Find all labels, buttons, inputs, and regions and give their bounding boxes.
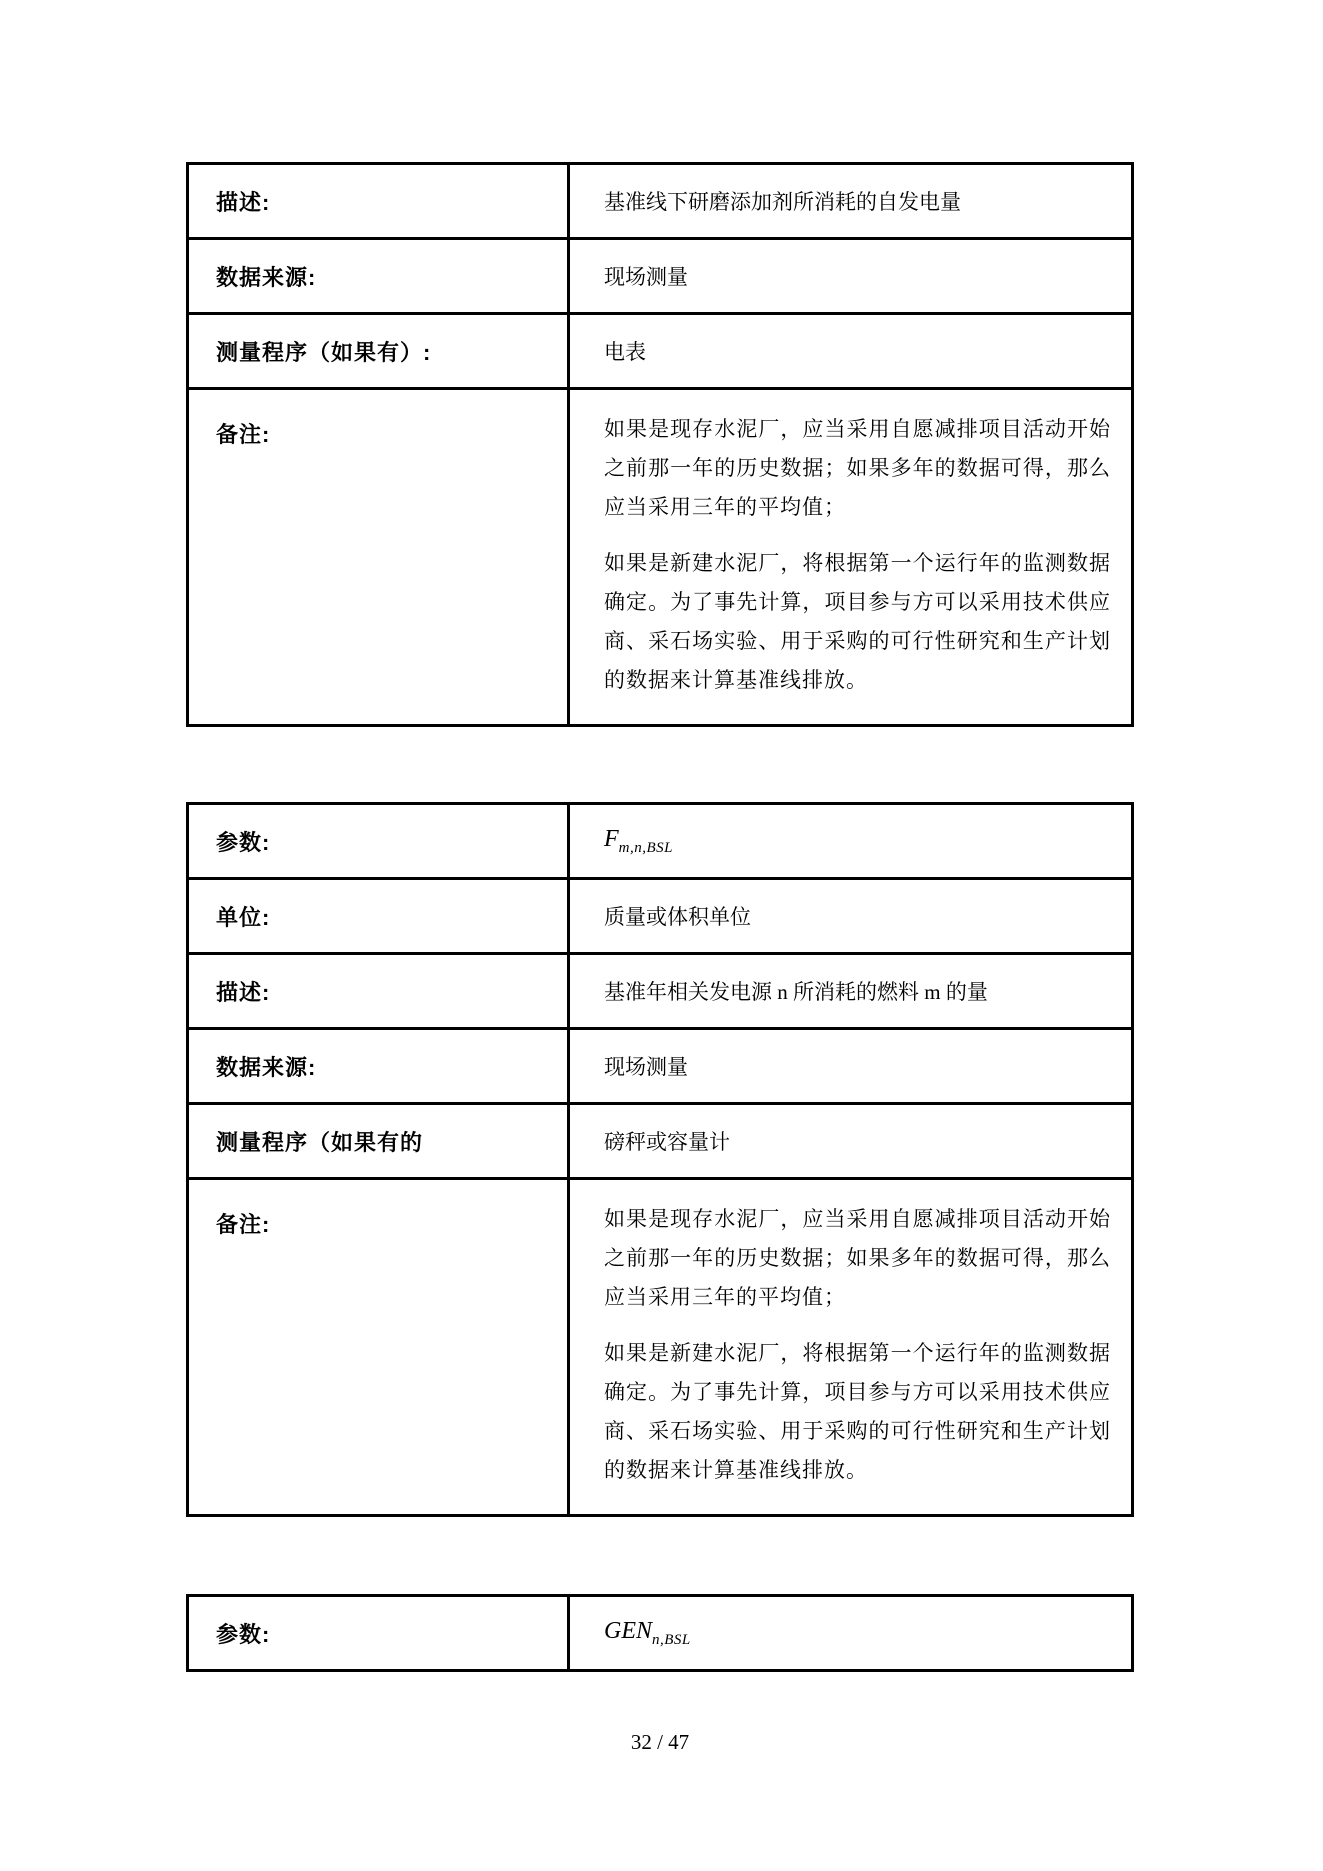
parameter-table: 描述:基准线下研磨添加剂所消耗的自发电量数据来源:现场测量测量程序（如果有）:电… xyxy=(186,162,1134,727)
row-label: 参数: xyxy=(188,804,569,879)
formula-subscript: m,n,BSL xyxy=(619,839,673,855)
parameter-formula: Fm,n,BSL xyxy=(604,826,673,852)
remark-paragraph: 如果是现存水泥厂，应当采用自愿减排项目活动开始之前那一年的历史数据；如果多年的数… xyxy=(604,1200,1111,1317)
row-label: 备注: xyxy=(188,389,569,726)
row-label: 数据来源: xyxy=(188,239,569,314)
table-row: 描述:基准线下研磨添加剂所消耗的自发电量 xyxy=(188,164,1133,239)
page-number: 32 / 47 xyxy=(186,1730,1134,1755)
row-value: 基准线下研磨添加剂所消耗的自发电量 xyxy=(569,164,1133,239)
table-row: 描述:基准年相关发电源 n 所消耗的燃料 m 的量 xyxy=(188,954,1133,1029)
row-value: GENn,BSL xyxy=(569,1596,1133,1671)
row-label: 数据来源: xyxy=(188,1029,569,1104)
row-value: 质量或体积单位 xyxy=(569,879,1133,954)
table-row: 备注:如果是现存水泥厂，应当采用自愿减排项目活动开始之前那一年的历史数据；如果多… xyxy=(188,1179,1133,1516)
parameter-formula: GENn,BSL xyxy=(604,1618,691,1644)
page-content: 描述:基准线下研磨添加剂所消耗的自发电量数据来源:现场测量测量程序（如果有）:电… xyxy=(186,162,1134,1755)
row-label: 备注: xyxy=(188,1179,569,1516)
table-row: 测量程序（如果有）:电表 xyxy=(188,314,1133,389)
row-value: 如果是现存水泥厂，应当采用自愿减排项目活动开始之前那一年的历史数据；如果多年的数… xyxy=(569,1179,1133,1516)
row-value: 现场测量 xyxy=(569,239,1133,314)
formula-base: GEN xyxy=(604,1618,652,1644)
table-row: 单位:质量或体积单位 xyxy=(188,879,1133,954)
row-label: 测量程序（如果有）: xyxy=(188,314,569,389)
formula-subscript: n,BSL xyxy=(652,1631,691,1647)
parameter-table: 参数:GENn,BSL xyxy=(186,1594,1134,1672)
document-page: 描述:基准线下研磨添加剂所消耗的自发电量数据来源:现场测量测量程序（如果有）:电… xyxy=(0,0,1323,1871)
parameter-table: 参数:Fm,n,BSL单位:质量或体积单位描述:基准年相关发电源 n 所消耗的燃… xyxy=(186,802,1134,1517)
row-value: 如果是现存水泥厂，应当采用自愿减排项目活动开始之前那一年的历史数据；如果多年的数… xyxy=(569,389,1133,726)
row-label: 单位: xyxy=(188,879,569,954)
remark-paragraph: 如果是现存水泥厂，应当采用自愿减排项目活动开始之前那一年的历史数据；如果多年的数… xyxy=(604,410,1111,527)
row-label: 测量程序（如果有的 xyxy=(188,1104,569,1179)
row-value: 现场测量 xyxy=(569,1029,1133,1104)
row-value: 基准年相关发电源 n 所消耗的燃料 m 的量 xyxy=(569,954,1133,1029)
row-label: 参数: xyxy=(188,1596,569,1671)
row-label: 描述: xyxy=(188,954,569,1029)
row-value: 磅秤或容量计 xyxy=(569,1104,1133,1179)
table-row: 备注:如果是现存水泥厂，应当采用自愿减排项目活动开始之前那一年的历史数据；如果多… xyxy=(188,389,1133,726)
table-row: 参数:Fm,n,BSL xyxy=(188,804,1133,879)
table-row: 数据来源:现场测量 xyxy=(188,239,1133,314)
remark-paragraph: 如果是新建水泥厂，将根据第一个运行年的监测数据确定。为了事先计算，项目参与方可以… xyxy=(604,1334,1111,1490)
row-label: 描述: xyxy=(188,164,569,239)
table-row: 测量程序（如果有的磅秤或容量计 xyxy=(188,1104,1133,1179)
remark-paragraph: 如果是新建水泥厂，将根据第一个运行年的监测数据确定。为了事先计算，项目参与方可以… xyxy=(604,544,1111,700)
row-value: 电表 xyxy=(569,314,1133,389)
table-row: 参数:GENn,BSL xyxy=(188,1596,1133,1671)
formula-base: F xyxy=(604,826,619,852)
row-value: Fm,n,BSL xyxy=(569,804,1133,879)
table-row: 数据来源:现场测量 xyxy=(188,1029,1133,1104)
